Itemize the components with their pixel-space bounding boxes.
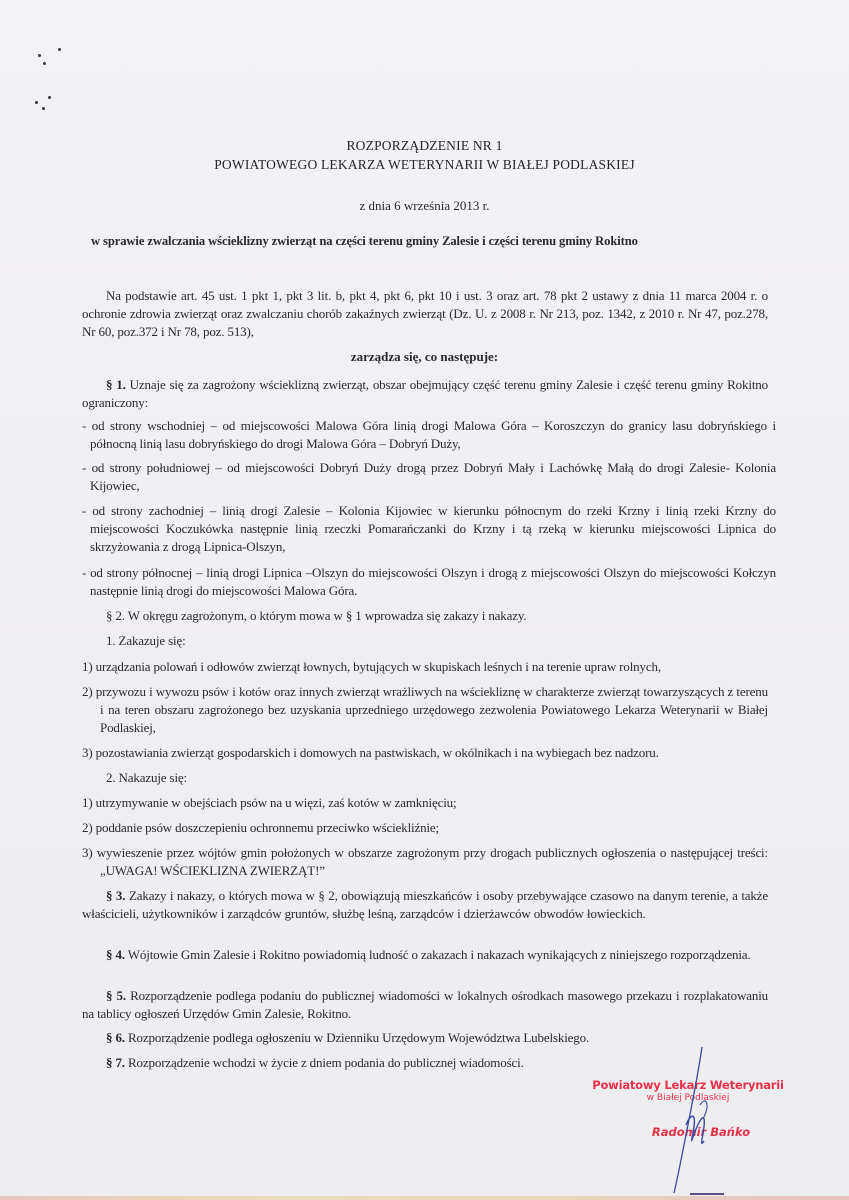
order-item: 3) wywieszenie przez wójtów gmin położon… xyxy=(82,844,768,880)
prohibitions-heading: 1. Zakazuje się: xyxy=(82,632,768,650)
section-mark: § 3. xyxy=(106,888,125,903)
section-mark: § 5. xyxy=(106,988,126,1003)
boundary-west: - od strony zachodniej – linią drogi Zal… xyxy=(82,502,776,556)
section-2: § 2. W okręgu zagrożonym, o którym mowa … xyxy=(82,607,768,625)
scan-speck xyxy=(48,96,51,99)
section-text: Rozporządzenie wchodzi w życie z dniem p… xyxy=(125,1055,524,1070)
document-issuer: POWIATOWEGO LEKARZA WETERYNARII W BIAŁEJ… xyxy=(0,157,849,173)
scan-speck xyxy=(38,54,41,57)
section-text: Uznaje się za zagrożony wścieklizną zwie… xyxy=(82,377,768,410)
page-edge xyxy=(0,1196,849,1200)
orders-heading: 2. Nakazuje się: xyxy=(82,769,768,787)
prohibition-item: 2) przywozu i wywozu psów i kotów oraz i… xyxy=(82,683,768,737)
section-mark: § 7. xyxy=(106,1055,125,1070)
section-4: § 4. Wójtowie Gmin Zalesie i Rokitno pow… xyxy=(82,946,768,964)
section-1: § 1. Uznaje się za zagrożony wścieklizną… xyxy=(82,376,768,412)
order-item: 2) poddanie psów doszczepieniu ochronnem… xyxy=(82,819,768,837)
boundary-east: - od strony wschodniej – od miejscowości… xyxy=(82,417,776,453)
prohibition-item: 3) pozostawiania zwierząt gospodarskich … xyxy=(82,744,768,762)
scan-speck xyxy=(43,62,46,65)
section-mark: § 4. xyxy=(106,947,125,962)
section-mark: § 6. xyxy=(106,1030,125,1045)
scan-speck xyxy=(58,48,61,51)
section-5: § 5. Rozporządzenie podlega podaniu do p… xyxy=(82,987,768,1023)
section-mark: § 1. xyxy=(106,377,126,392)
section-mark: § 2. xyxy=(106,608,125,623)
document-title: ROZPORZĄDZENIE NR 1 xyxy=(0,138,849,154)
section-text: Wójtowie Gmin Zalesie i Rokitno powiadom… xyxy=(125,947,751,962)
order-item: 1) utrzymywanie w obejściach psów na u w… xyxy=(82,794,768,812)
section-text: Zakazy i nakazy, o których mowa w § 2, o… xyxy=(82,888,768,921)
section-text: W okręgu zagrożonym, o którym mowa w § 1… xyxy=(125,608,527,623)
document-date: z dnia 6 września 2013 r. xyxy=(0,198,849,214)
preamble: Na podstawie art. 45 ust. 1 pkt 1, pkt 3… xyxy=(82,287,768,341)
scan-mark xyxy=(690,1193,724,1195)
section-text: Rozporządzenie podlega ogłoszeniu w Dzie… xyxy=(125,1030,589,1045)
section-3: § 3. Zakazy i nakazy, o których mowa w §… xyxy=(82,887,768,923)
handwritten-signature xyxy=(660,1045,740,1195)
scan-speck xyxy=(35,101,38,104)
boundary-north: - od strony północnej – linią drogi Lipn… xyxy=(82,564,776,600)
section-text: Rozporządzenie podlega podaniu do public… xyxy=(82,988,768,1021)
scanned-page: ROZPORZĄDZENIE NR 1 POWIATOWEGO LEKARZA … xyxy=(0,0,849,1200)
enacting-clause: zarządza się, co następuje: xyxy=(0,349,849,365)
prohibition-item: 1) urządzania polowań i odłowów zwierząt… xyxy=(82,658,768,676)
scan-speck xyxy=(42,107,45,110)
boundary-south: - od strony południowej – od miejscowośc… xyxy=(82,459,776,495)
document-subject: w sprawie zwalczania wścieklizny zwierzą… xyxy=(91,234,638,249)
